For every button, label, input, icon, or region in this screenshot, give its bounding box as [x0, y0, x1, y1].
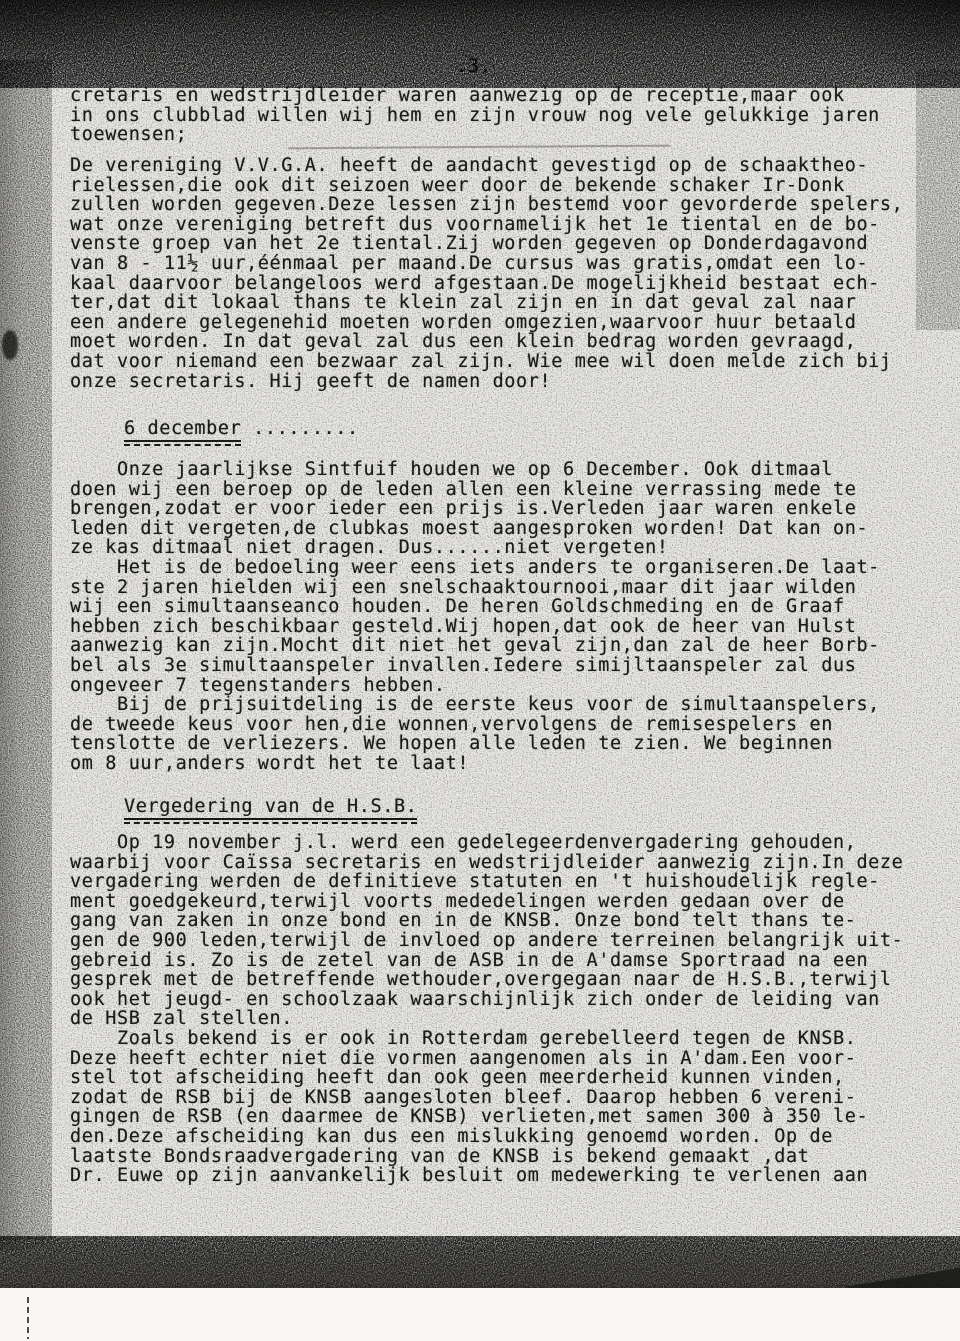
text-line: gesprek met de betreffende wethouder,ove… — [70, 970, 903, 990]
intro-paragraph: cretaris en wedstrijdleider waren aanwez… — [70, 86, 880, 145]
section-heading-hsb: Vergedering van de H.S.B. — [124, 797, 417, 820]
left-margin-pen-mark — [27, 1297, 29, 1339]
text-line: de HSB zal stellen. — [70, 1009, 903, 1029]
text-line: toewensen; — [70, 125, 880, 145]
text-line: Op 19 november j.l. werd een gedelegeerd… — [70, 833, 903, 853]
text-line: ment goedgekeurd,terwijl voorts mededeli… — [70, 892, 903, 912]
hsb-meeting-paragraph: Op 19 november j.l. werd een gedelegeerd… — [70, 833, 903, 1186]
text-line: Deze heeft echter niet die vormen aangen… — [70, 1049, 903, 1069]
text-line: cretaris en wedstrijdleider waren aanwez… — [70, 86, 880, 106]
text-line: wat onze vereniging betreft dus voorname… — [70, 215, 903, 235]
text-line: De vereniging V.V.G.A. heeft de aandacht… — [70, 156, 903, 176]
text-line: wij een simultaanseanco houden. De heren… — [70, 597, 880, 617]
left-scan-shadow — [0, 60, 52, 1250]
text-line: dat voor niemand een bezwaar zal zijn. W… — [70, 352, 903, 372]
text-line: leden dit vergeten,de clubkas moest aang… — [70, 519, 880, 539]
text-line: laatste Bondsraadvergadering van de KNSB… — [70, 1147, 903, 1167]
heading-december-text: 6 december — [124, 419, 241, 442]
text-line: een andere gelegenehid moeten worden omg… — [70, 313, 903, 333]
text-line: doen wij een beroep op de leden allen ee… — [70, 480, 880, 500]
text-line: Het is de bedoeling weer eens iets ander… — [70, 558, 880, 578]
text-line: ze kas ditmaal niet dragen. Dus......nie… — [70, 538, 880, 558]
text-line: de tweede keus voor hen,die wonnen,vervo… — [70, 715, 880, 735]
text-line: van 8 - 11½ uur,éénmaal per maand.De cur… — [70, 254, 903, 274]
text-line: moet worden. In dat geval zal dus een kl… — [70, 332, 903, 352]
text-line: bel als 3e simultaanspeler invallen.Iede… — [70, 656, 880, 676]
text-line: ook het jeugd- en schoolzaak waarschijnl… — [70, 990, 903, 1010]
text-line: Bij de prijsuitdeling is de eerste keus … — [70, 695, 880, 715]
text-line: om 8 uur,anders wordt het te laat! — [70, 754, 880, 774]
text-line: gang van zaken in onze bond en in de KNS… — [70, 911, 903, 931]
page-number: .3. — [456, 57, 491, 77]
text-line: rielessen,die ook dit seizoen weer door … — [70, 176, 903, 196]
text-line: brengen,zodat er voor ieder een prijs is… — [70, 499, 880, 519]
text-line: vergadering werden de definitieve statut… — [70, 872, 903, 892]
heading-hsb-text: Vergedering van de H.S.B. — [124, 797, 417, 820]
text-line: zodat de RSB bij de KNSB aangesloten ble… — [70, 1088, 903, 1108]
text-line: Dr. Euwe op zijn aanvankelijk besluit om… — [70, 1166, 903, 1186]
text-line: waarbij voor Caïssa secretaris en wedstr… — [70, 853, 903, 873]
text-line: ste 2 jaren hielden wij een snelschaakto… — [70, 578, 880, 598]
text-line: ongeveer 7 tegenstanders hebben. — [70, 676, 880, 696]
text-line: kaal daarvoor belangeloos werd afgestaan… — [70, 274, 903, 294]
scanner-bed-margin — [0, 1288, 960, 1341]
heading-december-dots: ......... — [241, 418, 358, 439]
ink-blot — [2, 330, 18, 360]
text-line: aanwezig kan zijn.Mocht dit niet het gev… — [70, 636, 880, 656]
text-line: gen de 900 leden,terwijl de invloed op a… — [70, 931, 903, 951]
text-line: Onze jaarlijkse Sintfuif houden we op 6 … — [70, 460, 880, 480]
text-line: zullen worden gegeven.Deze lessen zijn b… — [70, 195, 903, 215]
text-line: gebreid is. Zo is de zetel van de ASB in… — [70, 951, 903, 971]
text-line: venste groep van het 2e tiental.Zij word… — [70, 234, 903, 254]
section-heading-december: 6 december ......... — [124, 419, 359, 442]
scanned-document-page: .3. cretaris en wedstrijdleider waren aa… — [0, 0, 960, 1341]
text-line: ter,dat dit lokaal thans te klein zal zi… — [70, 293, 903, 313]
text-line: Zoals bekend is er ook in Rotterdam gere… — [70, 1029, 903, 1049]
text-line: tenslotte de verliezers. We hopen alle l… — [70, 734, 880, 754]
sintfuif-paragraph: Onze jaarlijkse Sintfuif houden we op 6 … — [70, 460, 880, 774]
top-right-scan-shadow — [820, 0, 960, 90]
bottom-scan-shadow — [0, 1236, 960, 1288]
text-line: hebben zich beschikbaar gesteld.Wij hope… — [70, 617, 880, 637]
vvga-lessons-paragraph: De vereniging V.V.G.A. heeft de aandacht… — [70, 156, 903, 391]
text-line: gingen de RSB (en daarmee de KNSB) verli… — [70, 1107, 903, 1127]
text-line: stel tot afscheiding heeft dan ook geen … — [70, 1068, 903, 1088]
text-line: onze secretaris. Hij geeft de namen door… — [70, 372, 903, 392]
text-line: in ons clubblad willen wij hem en zijn v… — [70, 106, 880, 126]
text-line: den.Deze afscheiding kan dus een mislukk… — [70, 1127, 903, 1147]
